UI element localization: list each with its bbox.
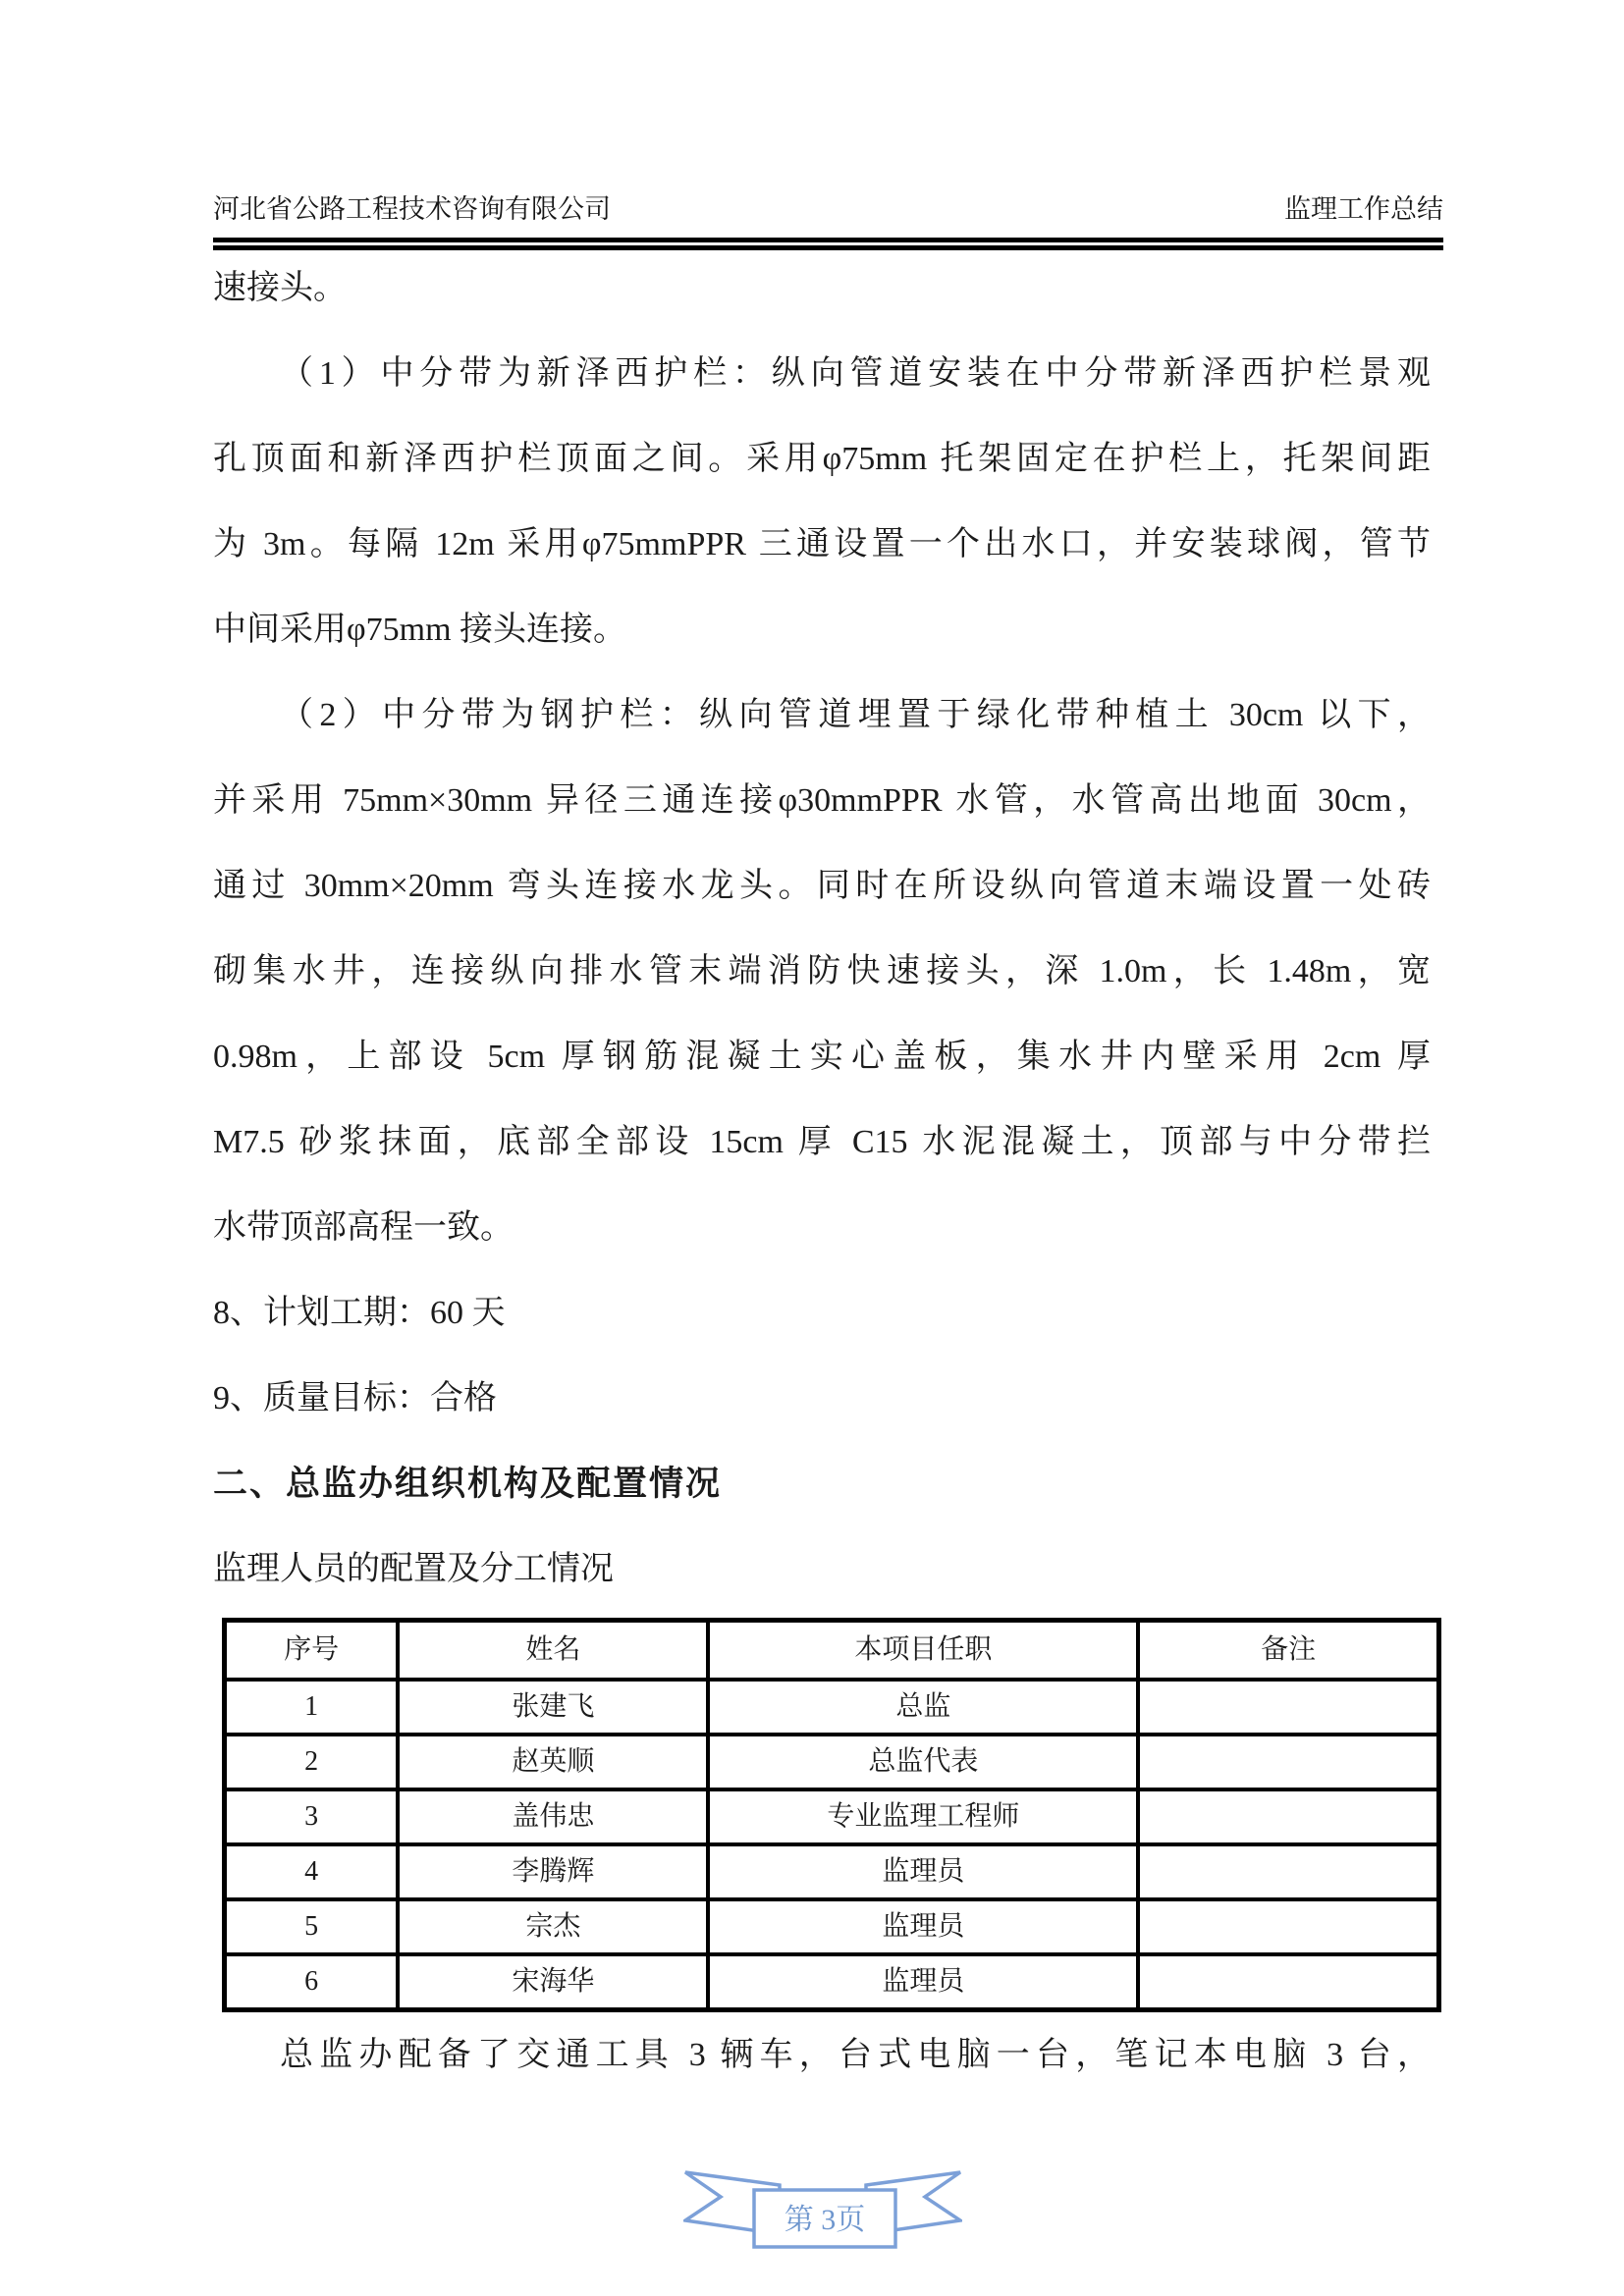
body-line: 8、计划工期：60 天 [213,1270,1431,1356]
staff-table-wrap: 序号姓名本项目任职备注1张建飞总监2赵英顺总监代表3盖伟忠专业监理工程师4李腾辉… [222,1618,1431,2012]
table-cell [1138,1680,1438,1735]
body-line: 中间采用φ75mm 接头连接。 [213,587,1431,672]
staff-table: 序号姓名本项目任职备注1张建飞总监2赵英顺总监代表3盖伟忠专业监理工程师4李腾辉… [222,1618,1441,2012]
table-cell: 5 [225,1899,399,1954]
body-line: 9、质量目标：合格 [213,1356,1431,1441]
table-header-cell: 备注 [1138,1621,1438,1681]
body-line: M7.5 砂浆抹面，底部全部设 15cm 厚 C15 水泥混凝土，顶部与中分带拦 [213,1099,1431,1185]
table-header-cell: 本项目任职 [708,1621,1138,1681]
table-cell: 监理员 [708,1844,1138,1899]
table-header-cell: 序号 [225,1621,399,1681]
body-line: 水带顶部高程一致。 [213,1185,1431,1270]
table-cell: 4 [225,1844,399,1899]
header-doc-title: 监理工作总结 [1284,192,1443,226]
staff-table-body: 序号姓名本项目任职备注1张建飞总监2赵英顺总监代表3盖伟忠专业监理工程师4李腾辉… [225,1621,1439,2010]
body-line: 砌集水井，连接纵向排水管末端消防快速接头，深 1.0m，长 1.48m，宽 [213,929,1431,1014]
body-line: 速接头。 [213,245,1431,331]
table-header-cell: 姓名 [398,1621,708,1681]
body-line: 监理人员的配置及分工情况 [213,1526,1431,1612]
table-cell [1138,1735,1438,1789]
table-cell: 宋海华 [398,1954,708,2010]
body-text: 速接头。（1）中分带为新泽西护栏：纵向管道安装在中分带新泽西护栏景观孔顶面和新泽… [213,245,1431,2098]
table-cell: 张建飞 [398,1680,708,1735]
body-line: 为 3m。每隔 12m 采用φ75mmPPR 三通设置一个出水口，并安装球阀，管… [213,502,1431,587]
table-cell: 总监代表 [708,1735,1138,1789]
table-row: 4李腾辉监理员 [225,1844,1439,1899]
table-cell: 1 [225,1680,399,1735]
table-cell: 盖伟忠 [398,1789,708,1844]
page-number-ribbon: 第 3页 [683,2169,962,2254]
table-cell: 宗杰 [398,1899,708,1954]
table-row: 6宋海华监理员 [225,1954,1439,2010]
table-row: 1张建飞总监 [225,1680,1439,1735]
body-line: （2）中分带为钢护栏：纵向管道埋置于绿化带种植土 30cm 以下， [213,672,1431,758]
table-cell: 专业监理工程师 [708,1789,1138,1844]
table-cell: 总监 [708,1680,1138,1735]
table-cell: 6 [225,1954,399,2010]
table-cell: 李腾辉 [398,1844,708,1899]
page-header: 河北省公路工程技术咨询有限公司 监理工作总结 [213,192,1443,226]
section-heading: 二、总监办组织机构及配置情况 [213,1441,1431,1526]
table-cell [1138,1954,1438,2010]
table-cell [1138,1844,1438,1899]
body-line: 孔顶面和新泽西护栏顶面之间。采用φ75mm 托架固定在护栏上，托架间距 [213,416,1431,502]
ribbon-banner-icon: 第 3页 [683,2169,962,2254]
table-cell: 2 [225,1735,399,1789]
table-cell: 监理员 [708,1954,1138,2010]
after-table-paragraph: 总监办配备了交通工具 3 辆车，台式电脑一台，笔记本电脑 3 台， [213,2012,1431,2098]
table-row: 3盖伟忠专业监理工程师 [225,1789,1439,1844]
body-lines: 速接头。（1）中分带为新泽西护栏：纵向管道安装在中分带新泽西护栏景观孔顶面和新泽… [213,245,1431,1612]
table-cell [1138,1899,1438,1954]
table-cell: 赵英顺 [398,1735,708,1789]
table-header-row: 序号姓名本项目任职备注 [225,1621,1439,1681]
page-number-label: 第 3页 [785,2204,866,2236]
table-cell: 监理员 [708,1899,1138,1954]
header-company-name: 河北省公路工程技术咨询有限公司 [213,192,611,226]
document-page: 河北省公路工程技术咨询有限公司 监理工作总结 速接头。（1）中分带为新泽西护栏：… [0,0,1624,2296]
table-row: 5宗杰监理员 [225,1899,1439,1954]
table-row: 2赵英顺总监代表 [225,1735,1439,1789]
table-cell: 3 [225,1789,399,1844]
body-line: 并采用 75mm×30mm 异径三通连接φ30mmPPR 水管，水管高出地面 3… [213,758,1431,843]
body-line: （1）中分带为新泽西护栏：纵向管道安装在中分带新泽西护栏景观 [213,331,1431,416]
table-cell [1138,1789,1438,1844]
body-line: 0.98m，上部设 5cm 厚钢筋混凝土实心盖板，集水井内壁采用 2cm 厚 [213,1014,1431,1099]
body-line: 通过 30mm×20mm 弯头连接水龙头。同时在所设纵向管道末端设置一处砖 [213,843,1431,929]
